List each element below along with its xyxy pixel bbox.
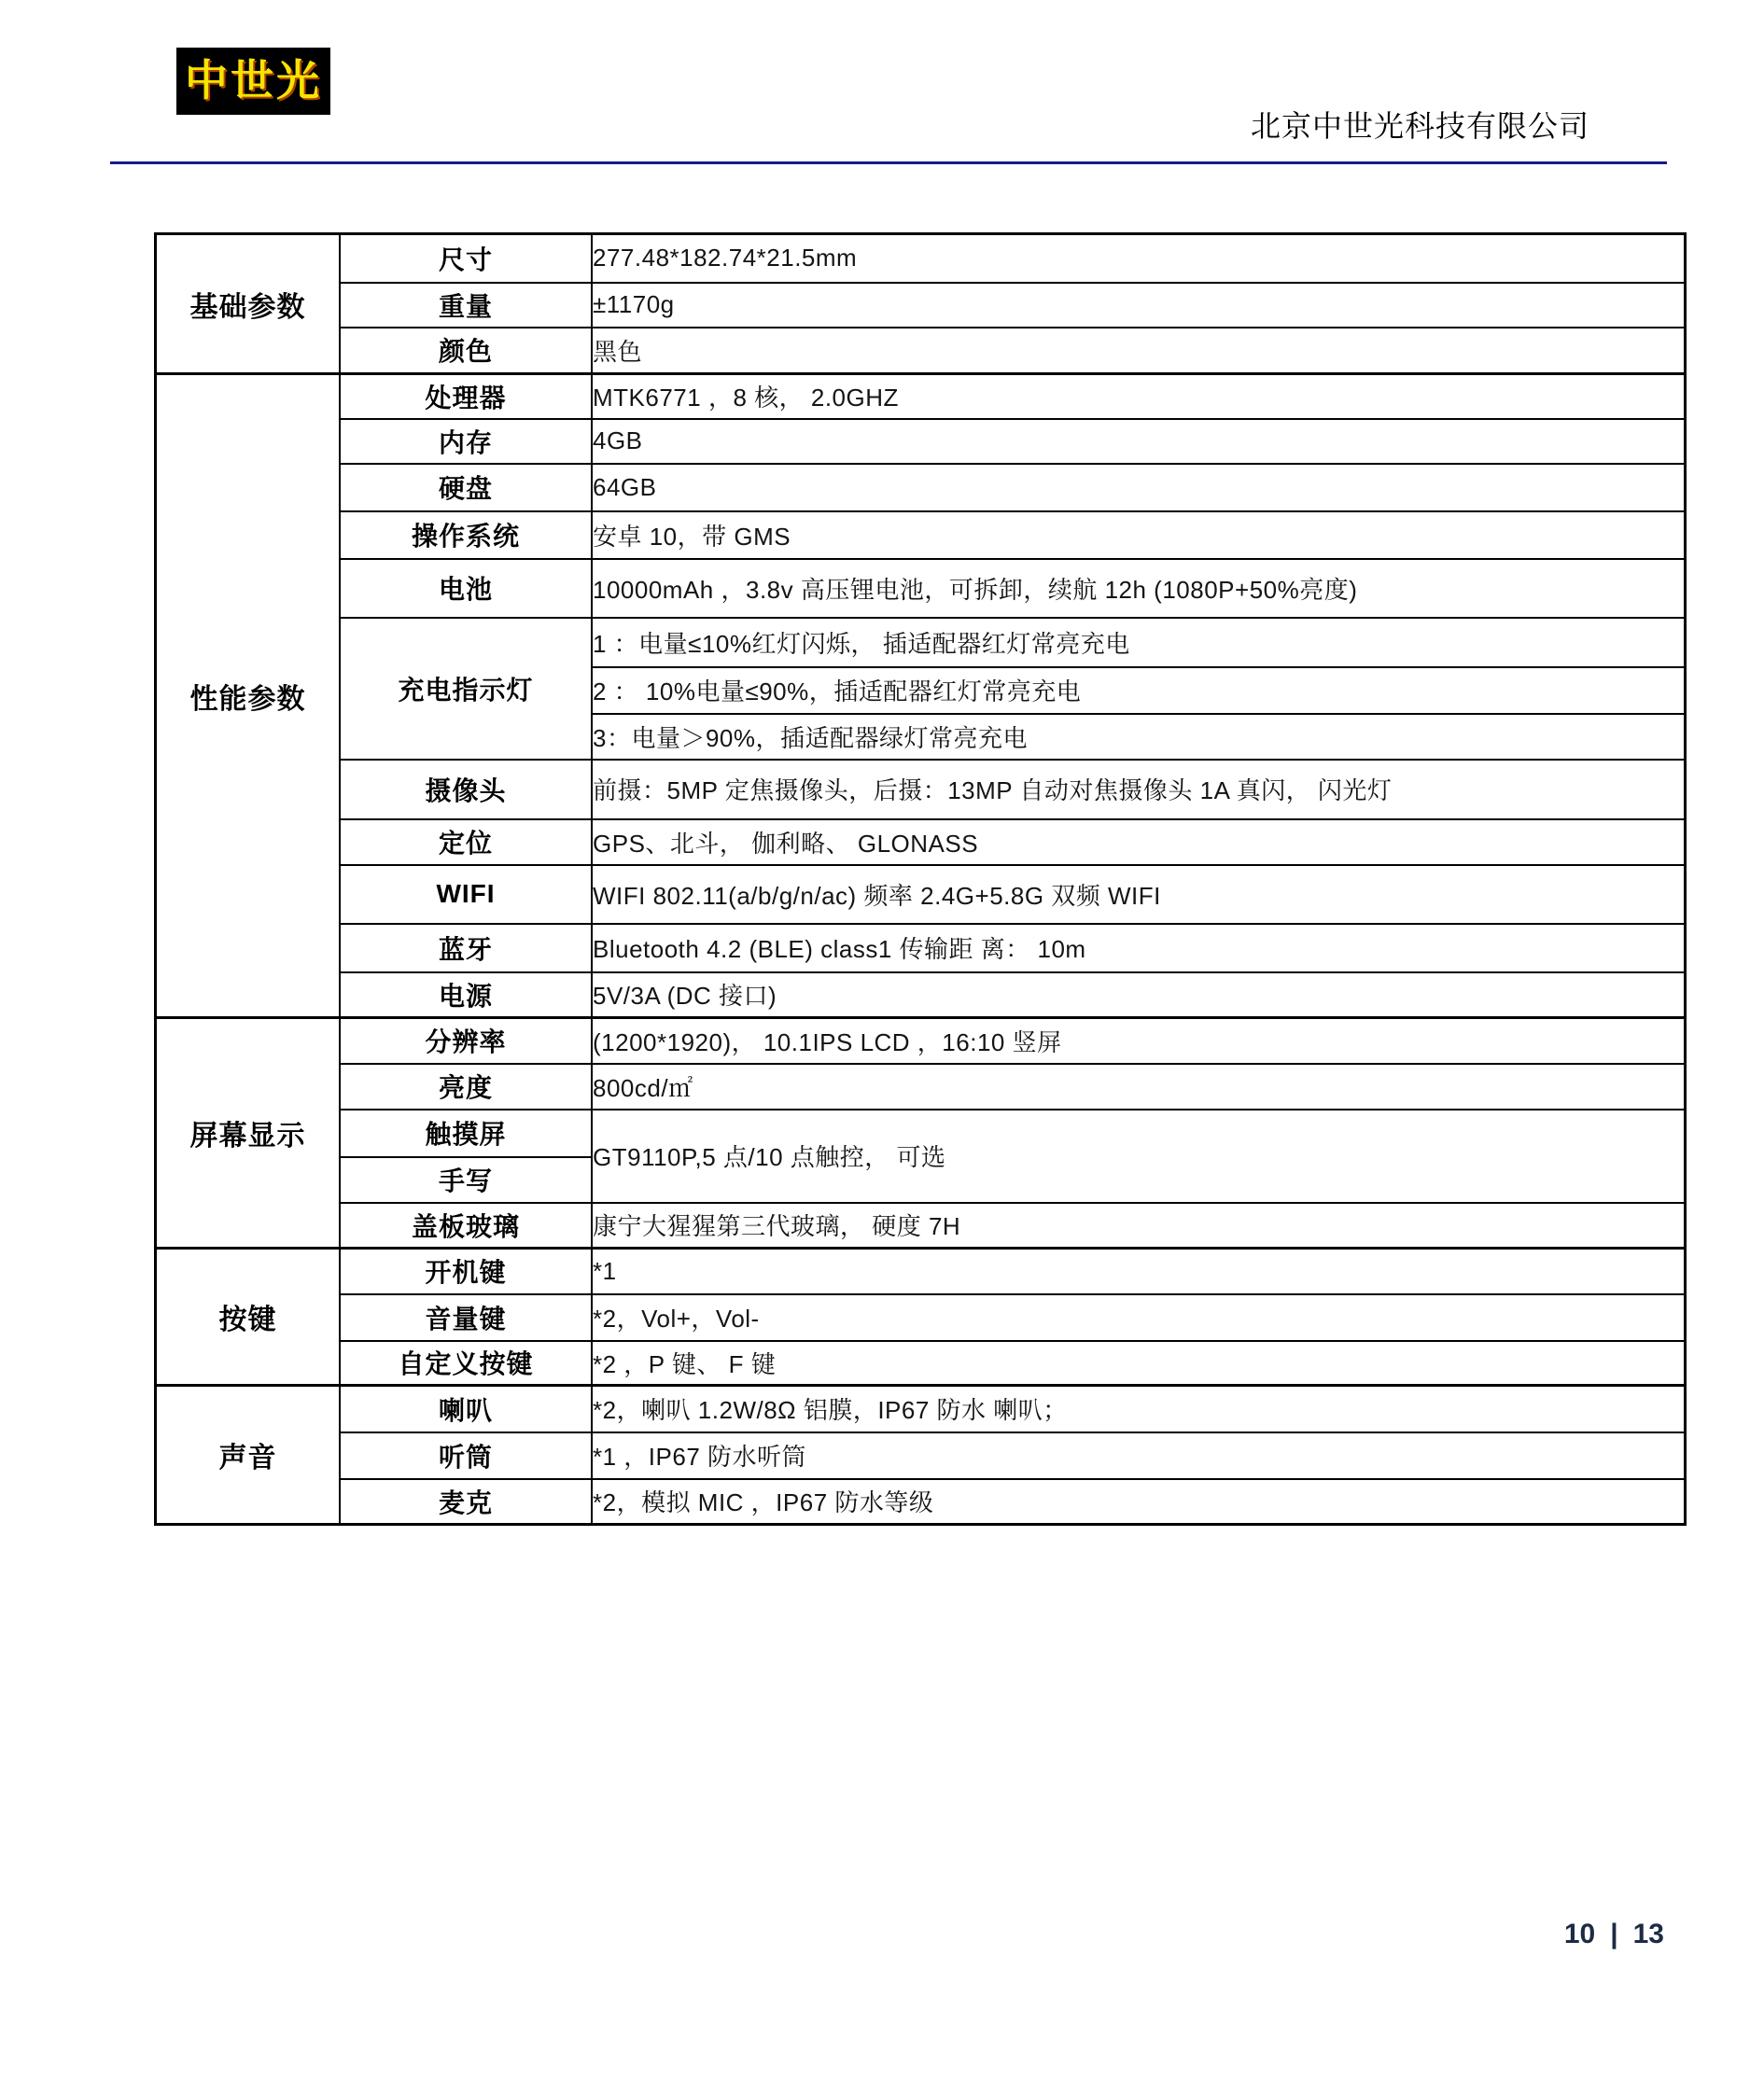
spec-table: 基础参数 尺寸 277.48*182.74*21.5mm 重量 ±1170g 颜… [154, 232, 1687, 1526]
page-footer: 10 | 13 [1564, 1919, 1664, 1950]
param-value-os: 安卓 10，带 GMS [592, 511, 1686, 559]
param-value-processor: MTK6771 ，8 核， 2.0GHZ [592, 374, 1686, 419]
category-buttons: 按键 [156, 1249, 341, 1386]
param-label-processor: 处理器 [340, 374, 592, 419]
param-label-os: 操作系统 [340, 511, 592, 559]
param-value-cover-glass: 康宁大猩猩第三代玻璃， 硬度 7H [592, 1203, 1686, 1249]
param-label-bluetooth: 蓝牙 [340, 924, 592, 972]
company-name: 北京中世光科技有限公司 [1251, 103, 1589, 146]
param-label-microphone: 麦克 [340, 1479, 592, 1525]
company-logo: 中世光 [176, 48, 330, 115]
param-value-earpiece: *1 ，IP67 防水听筒 [592, 1432, 1686, 1479]
param-label-weight: 重量 [340, 283, 592, 328]
param-label-color: 颜色 [340, 328, 592, 374]
param-label-charge-indicator: 充电指示灯 [340, 618, 592, 760]
param-value-ram: 4GB [592, 419, 1686, 464]
logo-text: 中世光 [185, 60, 322, 103]
category-screen-display: 屏幕显示 [156, 1018, 341, 1249]
param-label-speaker: 喇叭 [340, 1386, 592, 1432]
param-value-camera: 前摄：5MP 定焦摄像头，后摄：13MP 自动对焦摄像头 1A 真闪， 闪光灯 [592, 760, 1686, 819]
param-value-bluetooth: Bluetooth 4.2 (BLE) class1 传输距 离： 10m [592, 924, 1686, 972]
param-label-positioning: 定位 [340, 819, 592, 865]
param-value-weight: ±1170g [592, 283, 1686, 328]
param-value-wifi: WIFI 802.11(a/b/g/n/ac) 频率 2.4G+5.8G 双频 … [592, 865, 1686, 924]
param-value-volume-keys: *2，Vol+，Vol- [592, 1294, 1686, 1341]
param-value-touchscreen-handwriting: GT9110P,5 点/10 点触控， 可选 [592, 1110, 1686, 1203]
param-value-brightness: 800cd/㎡ [592, 1064, 1686, 1110]
param-label-resolution: 分辨率 [340, 1018, 592, 1064]
total-pages: 13 [1633, 1919, 1664, 1950]
category-sound: 声音 [156, 1386, 341, 1525]
param-value-positioning: GPS、北斗， 伽利略、 GLONASS [592, 819, 1686, 865]
page-separator: | [1610, 1919, 1617, 1950]
param-value-custom-keys: *2 ，P 键、 F 键 [592, 1341, 1686, 1386]
param-value-battery: 10000mAh ，3.8v 高压锂电池，可拆卸，续航 12h (1080P+5… [592, 559, 1686, 618]
param-label-custom-keys: 自定义按键 [340, 1341, 592, 1386]
param-label-storage: 硬盘 [340, 464, 592, 511]
param-value-dimensions: 277.48*182.74*21.5mm [592, 234, 1686, 283]
param-value-power: 5V/3A (DC 接口) [592, 972, 1686, 1018]
param-label-power-key: 开机键 [340, 1249, 592, 1294]
param-label-volume-keys: 音量键 [340, 1294, 592, 1341]
param-label-battery: 电池 [340, 559, 592, 618]
param-value-power-key: *1 [592, 1249, 1686, 1294]
param-label-touchscreen: 触摸屏 [340, 1110, 592, 1157]
param-value-storage: 64GB [592, 464, 1686, 511]
param-label-handwriting: 手写 [340, 1157, 592, 1203]
page-number: 10 [1564, 1919, 1595, 1950]
param-value-charge-indicator-1: 1 ：电量≤10%红灯闪烁， 插适配器红灯常亮充电 [592, 618, 1686, 667]
param-label-dimensions: 尺寸 [340, 234, 592, 283]
category-performance-params: 性能参数 [156, 374, 341, 1018]
header-divider-line [110, 161, 1667, 164]
param-value-charge-indicator-2: 2 ： 10%电量≤90%，插适配器红灯常亮充电 [592, 667, 1686, 714]
category-basic-params: 基础参数 [156, 234, 341, 374]
param-label-camera: 摄像头 [340, 760, 592, 819]
param-label-wifi: WIFI [340, 865, 592, 924]
param-value-speaker: *2，喇叭 1.2W/8Ω 铝膜，IP67 防水 喇叭； [592, 1386, 1686, 1432]
param-value-charge-indicator-3: 3：电量＞90%，插适配器绿灯常亮充电 [592, 714, 1686, 760]
param-label-cover-glass: 盖板玻璃 [340, 1203, 592, 1249]
param-label-ram: 内存 [340, 419, 592, 464]
spec-table-grid: 基础参数 尺寸 277.48*182.74*21.5mm 重量 ±1170g 颜… [154, 232, 1687, 1526]
param-value-resolution: (1200*1920)， 10.1IPS LCD ，16:10 竖屏 [592, 1018, 1686, 1064]
param-label-brightness: 亮度 [340, 1064, 592, 1110]
param-label-power: 电源 [340, 972, 592, 1018]
param-label-earpiece: 听筒 [340, 1432, 592, 1479]
param-value-color: 黑色 [592, 328, 1686, 374]
param-value-microphone: *2，模拟 MIC ，IP67 防水等级 [592, 1479, 1686, 1525]
